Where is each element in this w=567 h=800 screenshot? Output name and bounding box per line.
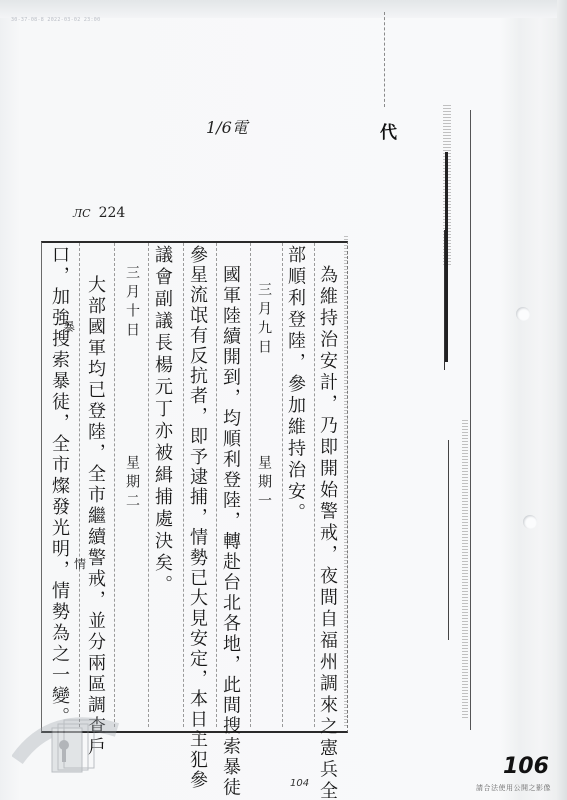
text-column-1: 為維持治安計，乃即開始警戒，夜間自福州調來之憲兵全: [316, 265, 338, 800]
punch-hole-bottom: [523, 515, 537, 529]
insertion-mark-qing: 情: [74, 555, 86, 572]
ruling-line: [183, 243, 184, 727]
scan-stamp: 30-37-08-8 2022-03-02 23:00: [11, 17, 100, 23]
weekday-monday: 星期一: [253, 455, 275, 512]
ruling-line: [148, 243, 149, 727]
ruling-line: [282, 243, 283, 727]
telegram-title-dai: 代: [380, 118, 397, 143]
text-column-5: 議會副議長楊元丁亦被緝捕處決矣。: [151, 245, 173, 597]
date-march-10: 三月十日: [121, 265, 143, 341]
document-page: 30-37-08-8 2022-03-02 23:00 1/6電 代 ЛС224…: [0, 0, 567, 800]
ruling-line: [314, 243, 315, 727]
text-column-2: 部順利登陸，參加維持治安。: [284, 245, 306, 525]
usage-notice: 請合法使用公開之影像: [476, 783, 551, 793]
page-number-pencil: 104: [290, 778, 309, 789]
archive-watermark-icon: [12, 700, 122, 775]
date-march-9: 三月九日: [253, 282, 275, 358]
insertion-mark-bao: 暴: [63, 318, 75, 335]
scan-right-edge: [557, 0, 567, 800]
weekday-tuesday: 星期二: [121, 455, 143, 512]
text-column-4: 參星流氓有反抗者，即予逮捕，情勢已大見安定，本日主犯參: [186, 245, 208, 790]
ruling-line: [114, 243, 115, 727]
document-number-value: 224: [99, 205, 126, 221]
text-column-6: 大部國軍均已登陸，全市繼續警戒，並分兩區調查戶: [84, 275, 106, 758]
telegram-title-mark: 1/6電: [206, 115, 248, 138]
form-bracket: [444, 230, 445, 370]
document-number: ЛС224: [73, 205, 125, 221]
form-inner-speckle: [462, 420, 468, 720]
fold-line-top: [384, 12, 385, 107]
ruling-line: [79, 243, 80, 727]
ruling-line: [250, 243, 251, 727]
form-border-thick: [445, 152, 448, 362]
page-number-stamp: 106: [503, 754, 549, 779]
punch-hole-top: [516, 307, 530, 321]
form-inner-line: [448, 440, 449, 640]
form-edge-line: [470, 110, 471, 730]
ruling-line: [216, 243, 217, 727]
document-number-prefix: ЛС: [73, 207, 91, 220]
scan-top-edge: [0, 0, 567, 18]
text-column-3: 國軍陸續開到，均順利登陸，轉赴台北各地，此間搜索暴徒: [219, 265, 241, 798]
